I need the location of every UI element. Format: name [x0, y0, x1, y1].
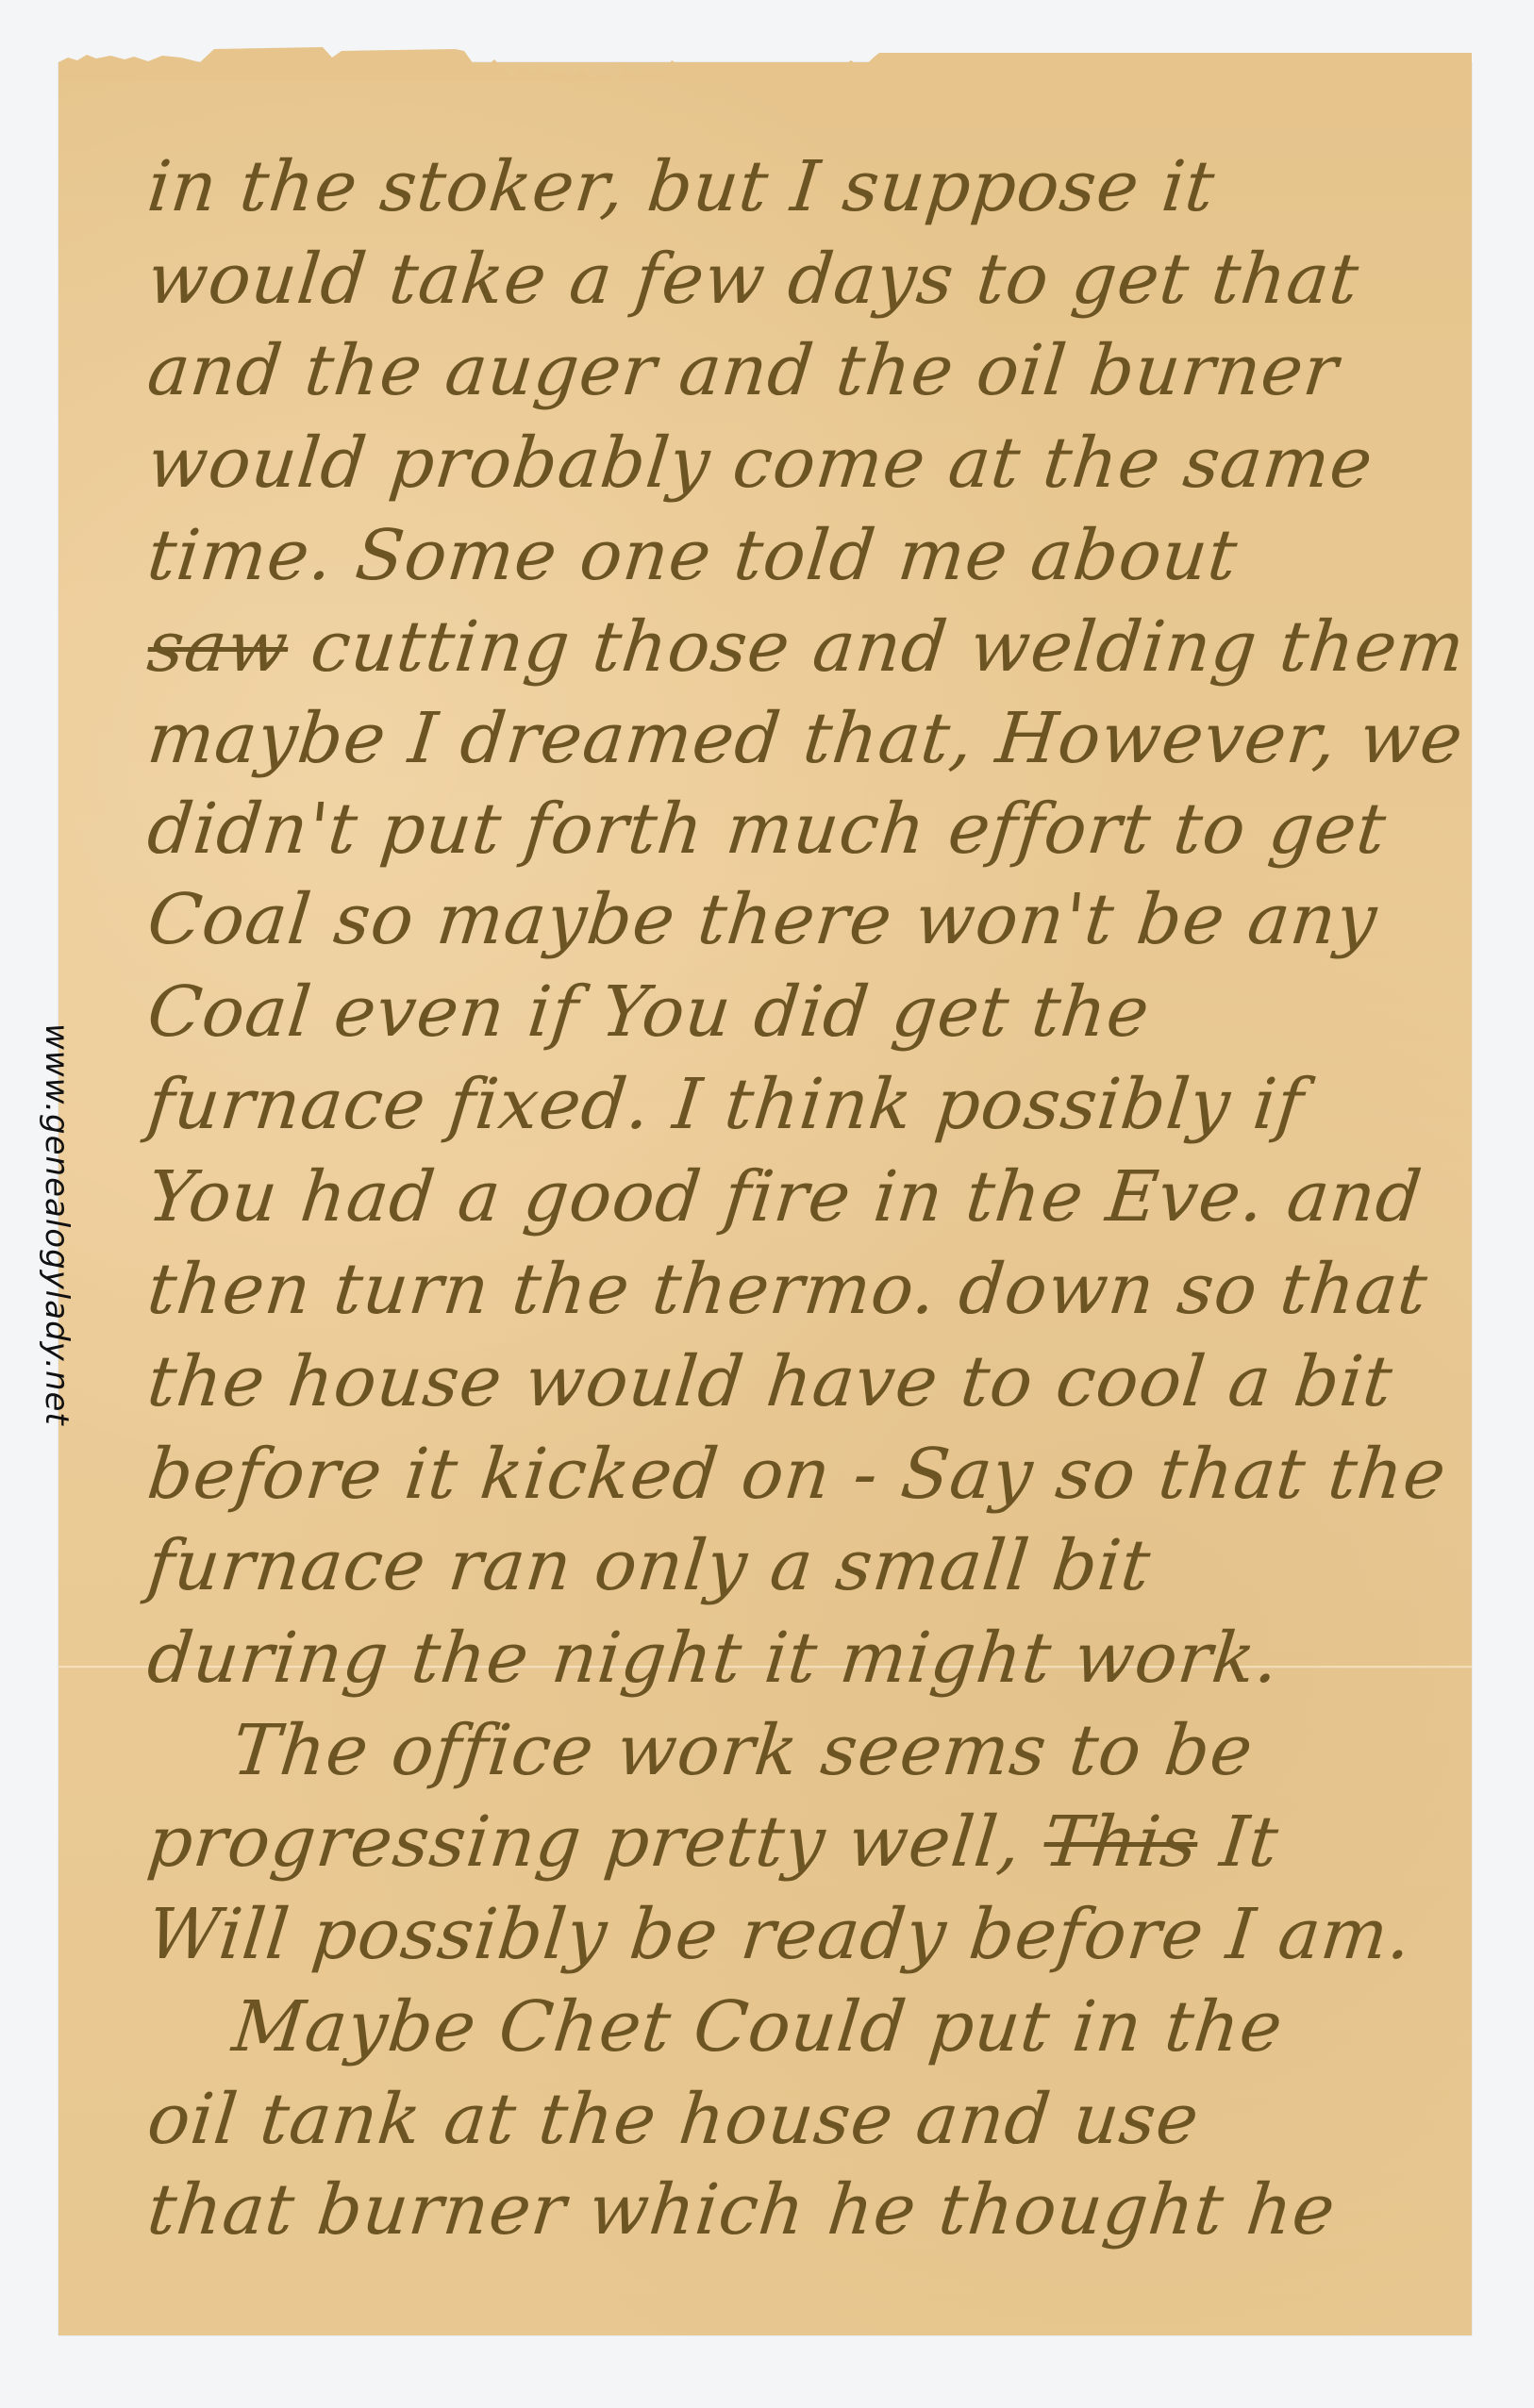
watermark: www.genealogylady.net [38, 1023, 75, 1426]
letter-line-7: maybe I dreamed that, However, we [144, 704, 1466, 773]
struck-word: This [1040, 1802, 1202, 1883]
letter-line-21: Maybe Chet Could put in the [229, 1992, 1286, 2062]
letter-line-11: furnace fixed. I think possibly if [144, 1070, 1308, 1139]
letter-line-12: You had a good fire in the Eve. and [144, 1162, 1426, 1232]
letter-line-8: didn't put forth much effort to get [144, 794, 1390, 864]
letter-line-10: Coal even if You did get the [144, 977, 1153, 1047]
letter-line-16: furnace ran only a small bit [144, 1531, 1154, 1601]
letter-line-13: then turn the thermo. down so that [144, 1254, 1431, 1324]
letter-line-5: time. Some one told me about [144, 521, 1241, 590]
letter-line-1: in the stoker, but I suppose it [144, 152, 1218, 222]
letter-line-18: The office work seems to be [229, 1716, 1257, 1785]
letter-line-14: the house would have to cool a bit [144, 1347, 1396, 1417]
letter-line-15: before it kicked on - Say so that the [144, 1439, 1449, 1509]
letter-line-9: Coal so maybe there won't be any [144, 885, 1380, 955]
letter-line-20: Will possibly be ready before I am. [144, 1900, 1415, 1969]
letter-page: in the stoker, but I suppose it would ta… [58, 62, 1472, 2335]
letter-line-17: during the night it might work. [144, 1623, 1282, 1693]
letter-line-6: saw cutting those and welding them [144, 612, 1468, 682]
letter-line-19: progressing pretty well, This It [144, 1807, 1282, 1877]
letter-line-23: that burner which he thought he [144, 2175, 1339, 2245]
struck-word: saw [143, 606, 292, 688]
torn-top-edge [58, 43, 1472, 81]
letter-line-4: would probably come at the same [144, 428, 1376, 498]
letter-line-22: oil tank at the house and use [144, 2084, 1202, 2154]
letter-line-2: would take a few days to get that [144, 244, 1362, 314]
letter-line-3: and the auger and the oil burner [144, 336, 1342, 406]
